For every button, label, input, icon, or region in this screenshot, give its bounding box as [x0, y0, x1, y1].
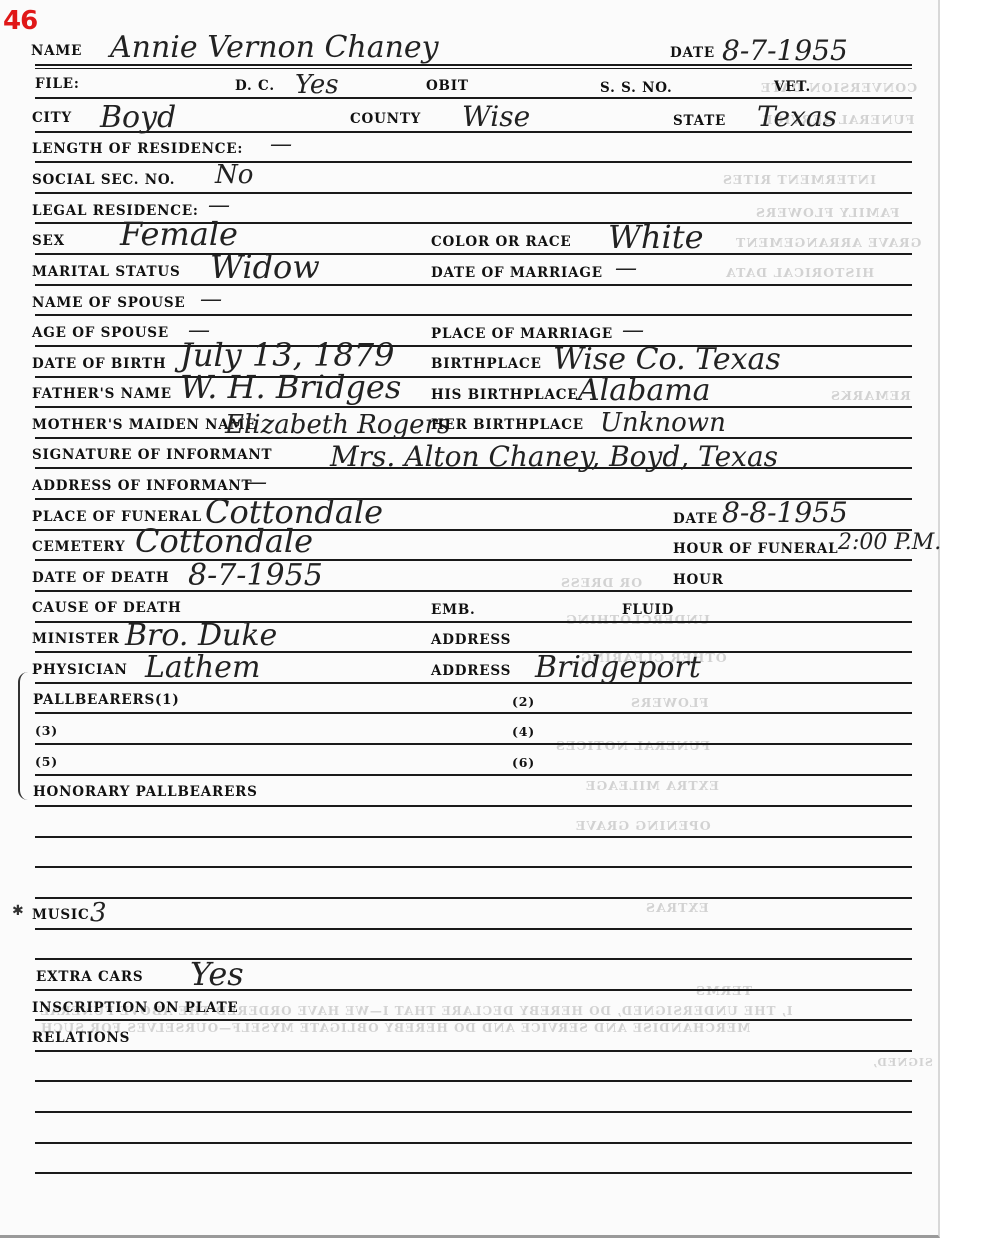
label-file: FILE: — [35, 76, 80, 92]
label-city: CITY — [32, 110, 72, 126]
field-signature-informant[interactable]: Mrs. Alton Chaney, Boyd, Texas — [330, 440, 778, 473]
field-funeral-date[interactable]: 8-8-1955 — [722, 496, 848, 529]
rule-music — [35, 928, 912, 930]
rule-length-residence — [35, 161, 912, 163]
label-relations: RELATIONS — [32, 1030, 130, 1046]
rule-marital — [35, 284, 912, 286]
label-pallbearers: PALLBEARERS — [33, 692, 155, 708]
bleed-remarks: REMARKS — [830, 388, 911, 403]
label-signature-informant: SIGNATURE OF INFORMANT — [32, 447, 272, 463]
rule-death — [35, 590, 912, 592]
label-physician-address: ADDRESS — [431, 663, 511, 679]
bleed-signed: SIGNED, — [872, 1056, 933, 1069]
label-obit: OBIT — [426, 78, 469, 94]
label-her-birthplace: HER BIRTHPLACE — [431, 417, 584, 433]
field-extra-cars[interactable]: Yes — [190, 955, 244, 993]
field-cemetery[interactable]: Cottondale — [135, 522, 313, 560]
field-father-name[interactable]: W. H. Bridges — [180, 368, 401, 406]
rule-relations — [35, 1050, 912, 1052]
label-music: MUSIC — [32, 907, 90, 923]
field-social-sec[interactable]: No — [215, 160, 253, 190]
label-funeral-date: DATE — [673, 511, 718, 527]
label-cemetery: CEMETERY — [32, 539, 125, 555]
pallbearers-brace — [18, 672, 34, 800]
label-pallbearer-2: (2) — [512, 694, 535, 709]
field-date[interactable]: 8-7-1955 — [722, 34, 848, 67]
rule-blank-7 — [35, 1142, 912, 1144]
label-physician: PHYSICIAN — [32, 662, 128, 678]
rule-name-double — [35, 68, 912, 69]
label-age-spouse: AGE OF SPOUSE — [32, 325, 169, 341]
field-music[interactable]: 3 — [90, 898, 107, 928]
rule-pallbearers-5 — [35, 774, 912, 776]
field-physician[interactable]: Lathem — [145, 650, 260, 685]
bleed-funeral-notices: FUNERAL NOTICES — [555, 738, 710, 753]
rule-spouse — [35, 314, 912, 316]
bleed-flowers: FLOWERS — [630, 695, 709, 710]
rule-blank-6 — [35, 1111, 912, 1113]
label-pallbearer-6: (6) — [512, 755, 535, 770]
label-extra-cars: EXTRA CARS — [36, 969, 143, 985]
rule-blank-4 — [35, 958, 912, 960]
label-address-informant: ADDRESS OF INFORMANT — [32, 478, 252, 494]
rule-honorary — [35, 805, 912, 807]
label-place-marriage: PLACE OF MARRIAGE — [431, 326, 613, 342]
bleed-family-flowers: FAMILY FLOWERS — [755, 205, 899, 220]
label-father-name: FATHER'S NAME — [32, 386, 172, 402]
field-county[interactable]: Wise — [462, 100, 530, 133]
rule-sex — [35, 253, 912, 255]
label-pallbearer-5: (5) — [35, 754, 58, 769]
label-his-birthplace: HIS BIRTHPLACE — [431, 387, 578, 403]
field-physician-address[interactable]: Bridgeport — [535, 650, 701, 685]
page-number: 46 — [3, 6, 37, 36]
rule-father — [35, 406, 912, 408]
bleed-extras: EXTRAS — [645, 900, 709, 915]
rule-pallbearers-1 — [35, 712, 912, 714]
label-name: NAME — [31, 43, 82, 59]
label-minister-address: ADDRESS — [431, 632, 511, 648]
label-dc: D. C. — [235, 78, 275, 94]
label-honorary-pallbearers: HONORARY PALLBEARERS — [33, 784, 258, 800]
rule-pallbearers-3 — [35, 743, 912, 745]
field-name[interactable]: Annie Vernon Chaney — [110, 30, 439, 65]
field-minister[interactable]: Bro. Duke — [125, 618, 277, 653]
funeral-record-form: 46 CONVERSION DATE FUNERAL SERVICE INTER… — [0, 0, 940, 1238]
label-county: COUNTY — [350, 111, 421, 127]
field-birthplace[interactable]: Wise Co. Texas — [553, 342, 781, 377]
field-color-race[interactable]: White — [608, 218, 704, 256]
rule-extra-cars — [35, 989, 912, 991]
rule-inscription — [35, 1019, 912, 1021]
field-address-informant[interactable]: — — [245, 470, 267, 495]
rule-social-sec — [35, 192, 912, 194]
bleed-interment-rites: INTERMENT RITES — [722, 172, 876, 187]
label-pallbearer-3: (3) — [35, 723, 58, 738]
label-state: STATE — [673, 113, 726, 129]
label-fluid: FLUID — [622, 602, 674, 618]
label-social-sec: SOCIAL SEC. NO. — [32, 172, 175, 188]
rule-blank-5 — [35, 1080, 912, 1082]
field-dc[interactable]: Yes — [295, 70, 339, 100]
label-name-spouse: NAME OF SPOUSE — [32, 295, 185, 311]
label-hour: HOUR — [673, 572, 724, 588]
field-length-residence[interactable]: — — [270, 132, 292, 157]
label-marital-status: MARITAL STATUS — [32, 264, 181, 280]
label-inscription-plate: INSCRIPTION ON PLATE — [32, 1000, 239, 1016]
field-hour-funeral[interactable]: 2:00 P.M. — [838, 530, 941, 555]
label-color-race: COLOR OR RACE — [431, 234, 571, 250]
rule-mother — [35, 437, 912, 439]
label-cause-death: CAUSE OF DEATH — [32, 600, 182, 616]
bleed-extra-mileage: EXTRA MILEAGE — [585, 778, 719, 793]
label-sex: SEX — [32, 233, 65, 249]
rule-blank-2 — [35, 866, 912, 868]
field-mother-maiden-name[interactable]: Elizabeth Rogers — [225, 410, 450, 440]
asterisk-mark: ✱ — [12, 903, 24, 919]
label-date: DATE — [670, 45, 715, 61]
rule-blank-1 — [35, 836, 912, 838]
label-ss-no: S. S. NO. — [600, 80, 673, 96]
bleed-opening-grave: OPENING GRAVE — [575, 818, 711, 833]
label-date-birth: DATE OF BIRTH — [32, 356, 166, 372]
label-emb: EMB. — [431, 602, 476, 618]
field-place-marriage[interactable]: — — [622, 318, 644, 343]
field-city[interactable]: Boyd — [100, 100, 176, 135]
label-mother-maiden-name: MOTHER'S MAIDEN NAME — [32, 417, 256, 433]
field-date-marriage[interactable]: — — [615, 256, 637, 281]
label-hour-funeral: HOUR OF FUNERAL — [673, 541, 838, 557]
field-her-birthplace[interactable]: Unknown — [600, 408, 726, 438]
field-marital-status[interactable]: Widow — [210, 248, 320, 286]
label-birthplace: BIRTHPLACE — [431, 356, 542, 372]
bleed-grave-arrangement: GRAVE ARRANGEMENT — [735, 235, 921, 250]
label-date-marriage: DATE OF MARRIAGE — [431, 265, 603, 281]
label-minister: MINISTER — [32, 631, 120, 647]
label-date-death: DATE OF DEATH — [32, 570, 169, 586]
field-date-death[interactable]: 8-7-1955 — [188, 558, 323, 593]
rule-file — [35, 97, 912, 99]
field-name-spouse[interactable]: — — [200, 287, 222, 312]
bleed-dress: OR DRESS — [560, 575, 642, 590]
label-length-residence: LENGTH OF RESIDENCE: — [32, 141, 243, 157]
label-pallbearer-1: (1) — [155, 692, 180, 708]
field-state[interactable]: Texas — [757, 100, 837, 133]
label-vet: VET. — [774, 79, 811, 95]
label-pallbearer-4: (4) — [512, 724, 535, 739]
bleed-historical-data: HISTORICAL DATA — [725, 265, 874, 280]
rule-blank-8 — [35, 1172, 912, 1174]
field-his-birthplace[interactable]: Alabama — [578, 373, 711, 408]
rule-blank-3 — [35, 897, 912, 899]
